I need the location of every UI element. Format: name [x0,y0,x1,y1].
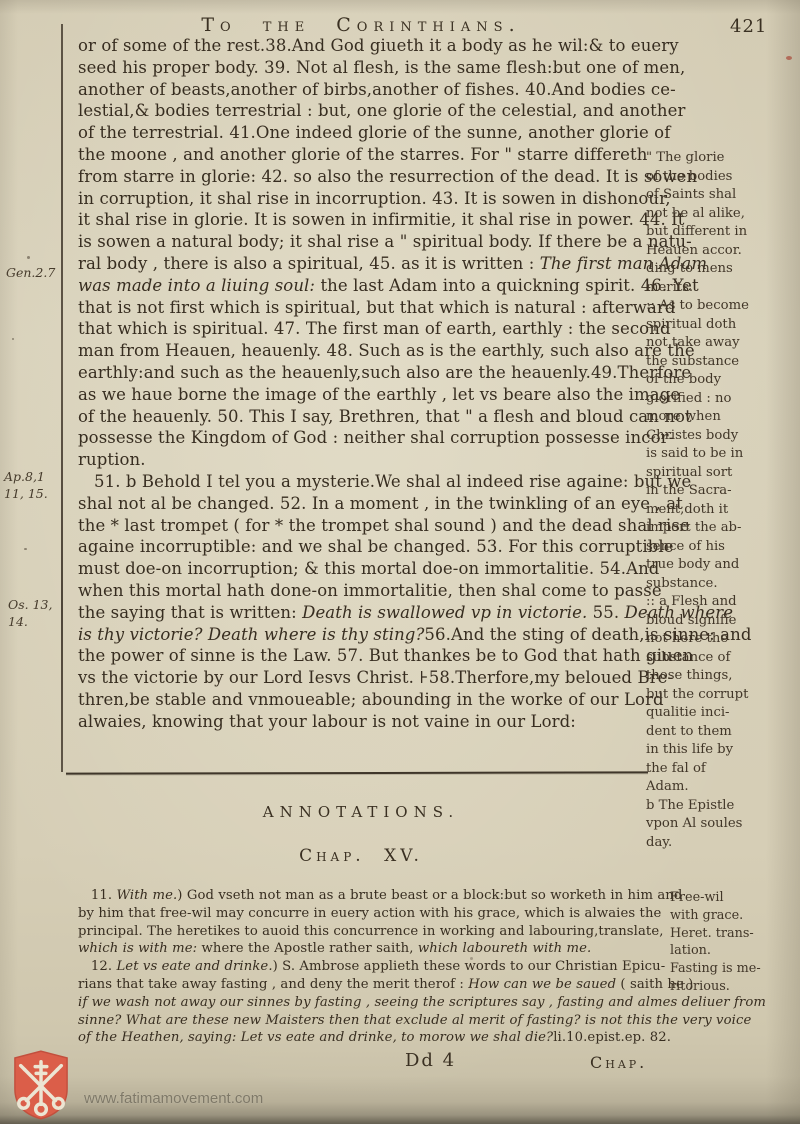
annotation-margin-line: Free-wil [670,890,792,908]
scripture-line: is thy victorie? Death where is thy stin… [78,625,653,647]
scripture-line: from starre in glorie: 42. so also the r… [78,167,653,189]
scripture-line: alwaies, knowing that your labour is not… [78,712,653,734]
annotation-line: by him that free-wil may concurre in eue… [78,906,678,924]
ink-speck [24,548,27,550]
right-margin-notes: " The glorieof the bodiesof Saints shaln… [646,150,796,853]
annotation-margin-line: Heret. trans- [670,926,792,944]
section-divider-rule [66,771,648,774]
scripture-line: the * last trompet ( for * the trompet s… [78,516,653,538]
margin-note-line: bloud signifie [646,613,796,632]
scripture-line: thren,be stable and vnmoueable; aboundin… [78,690,653,712]
ink-speck [12,338,14,340]
margin-note-line: is said to be in [646,446,796,465]
annotation-line: 12. Let vs eate and drinke.) S. Ambrose … [78,959,678,977]
annotation-margin-line: lation. [670,943,792,961]
running-head: To the Corinthians. [78,14,644,36]
annotation-line: of the Heathen, saying: Let vs eate and … [78,1030,678,1048]
margin-note-line: in the Sacra- [646,483,796,502]
margin-note-line: in this life by [646,742,796,761]
margin-note-line: " The glorie [646,150,796,169]
margin-note-line: b The Epistle [646,798,796,817]
margin-note-line: ment,doth it [646,502,796,521]
margin-note-line: :: a Flesh and [646,594,796,613]
scripture-line: ruption. [78,450,653,472]
scripture-line: it shal rise in glorie. It is sowen in i… [78,210,653,232]
annotation-line: sinne? What are these new Maisters then … [78,1013,678,1031]
catchword: Chap. [590,1053,647,1072]
scripture-line: ral body , there is also a spiritual, 45… [78,254,653,276]
annotation-line: 11. With me.) God vseth not man as a bru… [78,888,678,906]
scripture-line: was made into a liuing soul: the last Ad… [78,276,653,298]
annotation-line: which is with me: where the Apostle rath… [78,941,678,959]
annotation-margin-line: ritorious. [670,979,792,997]
margin-note-line: of Saints shal [646,187,796,206]
margin-note-line: substance of [646,650,796,669]
scripture-line: of the terrestrial. 41.One indeed glorie… [78,123,653,145]
annotation-line: principal. The heretikes to auoid this c… [78,924,678,942]
margin-note-line: not take away [646,335,796,354]
scripture-line: that which is spiritual. 47. The first m… [78,319,653,341]
margin-note-line: ding to mens [646,261,796,280]
scripture-line: as we haue borne the image of the earthl… [78,385,653,407]
left-margin-reference: Gen.2.7 [6,264,55,281]
margin-note-line: not be al alike, [646,206,796,225]
margin-note-line: spiritual doth [646,317,796,336]
margin-note-line: sence of his [646,539,796,558]
left-column-rule [61,24,63,772]
scripture-text-block: or of some of the rest.38.And God giueth… [78,36,653,734]
crossed-keys-shield-icon [12,1050,70,1120]
annotation-line: if we wash not away our sinnes by fastin… [78,995,678,1013]
left-margin-reference: Ap.8,1 11, 15. [4,468,48,502]
margin-note-line: true body and [646,557,796,576]
scripture-line: when this mortal hath done-on immortalit… [78,581,653,603]
scripture-line: earthly:and such as the heauenly,such al… [78,363,653,385]
annotation-margin-line: with grace. [670,908,792,926]
watermark: www.fatimamovement.com [12,1050,432,1120]
annotations-heading: ANNOTATIONS. [78,803,644,821]
margin-note-line: more when [646,409,796,428]
margin-note-line: spiritual sort [646,465,796,484]
chapter-heading: Chap. XV. [78,846,644,866]
annotation-line: rians that take away fasting , and deny … [78,977,678,995]
annotations-margin-notes: Free-wilwith grace.Heret. trans-lation.F… [670,890,792,997]
margin-note-line: substance. [646,576,796,595]
margin-note-line: of the body [646,372,796,391]
ink-speck [470,957,473,960]
scripture-line: or of some of the rest.38.And God giueth… [78,36,653,58]
margin-note-line: merits. [646,280,796,299]
scripture-line: the moone , and another glorie of the st… [78,145,653,167]
scripture-line: lestial,& bodies terrestrial : but, one … [78,101,653,123]
scripture-line: vs the victorie by our Lord Iesvs Christ… [78,668,653,690]
annotations-text-block: 11. With me.) God vseth not man as a bru… [78,888,678,1048]
scripture-line: againe incorruptible: and we shal be cha… [78,537,653,559]
margin-note-line: day. [646,835,796,854]
margin-note-line: of the bodies [646,169,796,188]
scripture-line: the saying that is written: Death is swa… [78,603,653,625]
scripture-line: the power of sinne is the Law. 57. But t… [78,646,653,668]
margin-note-line: Adam. [646,779,796,798]
scripture-line: must doe-on incorruption; & this mortal … [78,559,653,581]
annotation-margin-line: Fasting is me- [670,961,792,979]
scripture-line: another of beasts,another of birbs,anoth… [78,80,653,102]
red-ink-speck [786,56,792,60]
margin-note-line: Heauen accor. [646,243,796,262]
margin-note-line: those things, [646,668,796,687]
margin-note-line: glorified : no [646,391,796,410]
scripture-line: possesse the Kingdom of God : neither sh… [78,428,653,450]
scripture-line: seed his proper body. 39. Not al flesh, … [78,58,653,80]
margin-note-line: dent to them [646,724,796,743]
scripture-line: in corruption, it shal rise in incorrupt… [78,189,653,211]
margin-note-line: Christes body [646,428,796,447]
margin-note-line: :: As to become [646,298,796,317]
margin-note-line: the substance [646,354,796,373]
watermark-url: www.fatimamovement.com [84,1090,263,1107]
scripture-line: that is not first which is spiritual, bu… [78,298,653,320]
scripture-line: man from Heauen, heauenly. 48. Such as i… [78,341,653,363]
scanned-book-page: To the Corinthians. 421 or of some of th… [0,0,800,1124]
margin-note-line: the fal of [646,761,796,780]
left-margin-reference: Os. 13, 14. [8,596,53,630]
margin-note-line: vpon Al soules [646,816,796,835]
page-number: 421 [730,16,767,37]
scripture-line: 51. b Behold I tel you a mysterie.We sha… [78,472,653,494]
scripture-line: is sowen a natural body; it shal rise a … [78,232,653,254]
ink-speck [27,256,30,259]
margin-note-line: import the ab- [646,520,796,539]
scripture-line: shal not al be changed. 52. In a moment … [78,494,653,516]
margin-note-line: but the corrupt [646,687,796,706]
margin-note-line: not here the [646,631,796,650]
margin-note-line: but different in [646,224,796,243]
margin-note-line: qualitie inci- [646,705,796,724]
scripture-line: of the heauenly. 50. This I say, Brethre… [78,407,653,429]
